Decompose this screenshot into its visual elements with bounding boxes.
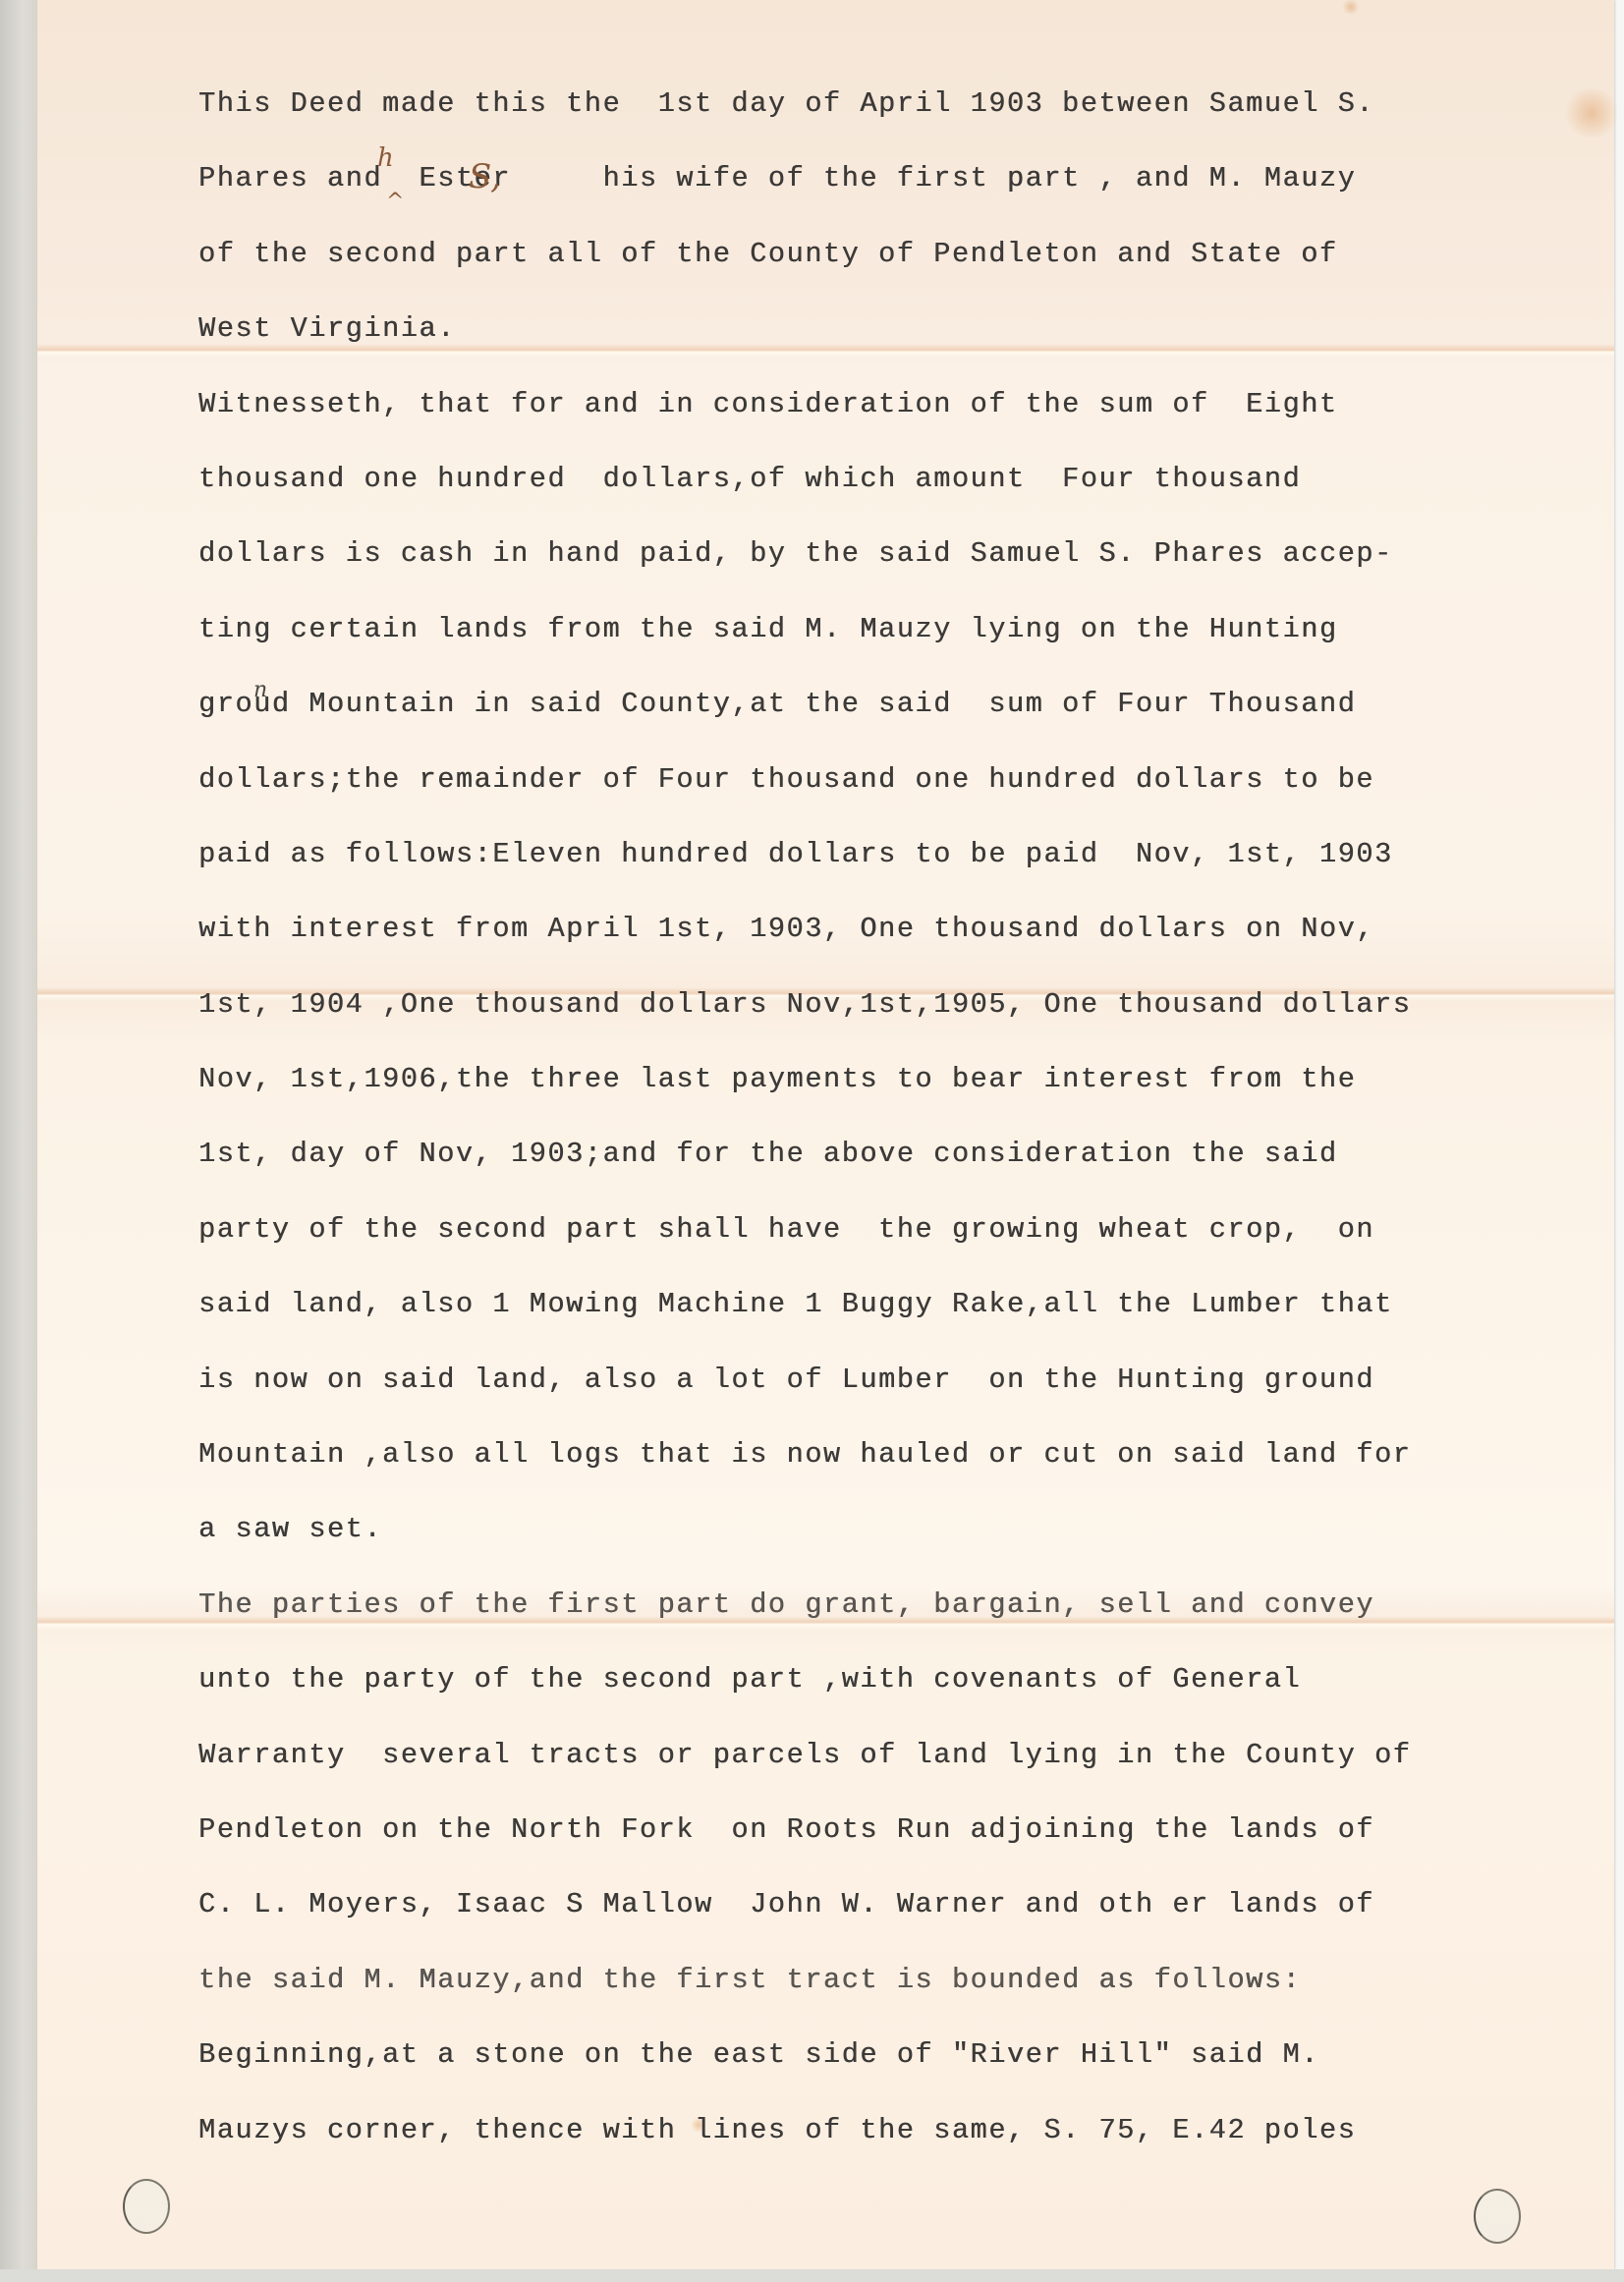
deed-line: dollars is cash in hand paid, by the sai…	[198, 534, 1574, 609]
deed-line: of the second part all of the County of …	[198, 235, 1574, 309]
deed-line: Beginning,at a stone on the east side of…	[198, 2035, 1574, 2110]
deed-line: 1st, 1904 ,One thousand dollars Nov,1st,…	[198, 985, 1574, 1060]
deed-line: the said M. Mauzy,and the first tract is…	[198, 1961, 1574, 2035]
punch-hole-right	[1474, 2189, 1521, 2244]
deed-line: Pendleton on the North Fork on Roots Run…	[198, 1810, 1574, 1885]
deed-line: C. L. Moyers, Isaac S Mallow John W. War…	[198, 1885, 1574, 1960]
deed-line: Nov, 1st,1906,the three last payments to…	[198, 1060, 1574, 1135]
deed-line: a saw set.	[198, 1510, 1574, 1585]
deed-text: This Deed made this the 1st day of April…	[198, 84, 1574, 2186]
deed-line: West Virginia.	[198, 309, 1574, 384]
deed-line: The parties of the first part do grant, …	[198, 1586, 1574, 1660]
deed-line: Mountain ,also all logs that is now haul…	[198, 1435, 1574, 1510]
deed-line: ting certain lands from the said M. Mauz…	[198, 610, 1574, 685]
scanner-background-right	[1614, 0, 1624, 2282]
handwritten-n-insert: n	[253, 678, 267, 702]
deed-line: Witnesseth, that for and in consideratio…	[198, 385, 1574, 460]
deed-line: Warranty several tracts or parcels of la…	[198, 1736, 1574, 1810]
deed-line: dollars;the remainder of Four thousand o…	[198, 760, 1574, 835]
deed-line: groud Mountain in said County,at the sai…	[198, 685, 1574, 759]
deed-line: paid as follows:Eleven hundred dollars t…	[198, 835, 1574, 910]
deed-line: This Deed made this the 1st day of April…	[198, 84, 1574, 159]
scanner-background-bottom	[0, 2269, 1624, 2282]
scanner-background-left	[0, 0, 37, 2282]
deed-line: unto the party of the second part ,with …	[198, 1660, 1574, 1735]
deed-line: thousand one hundred dollars,of which am…	[198, 460, 1574, 534]
handwritten-initial-s: S,	[469, 157, 501, 196]
handwritten-caret: ^	[386, 190, 404, 214]
punch-hole-left	[123, 2179, 170, 2234]
deed-line: Mauzys corner, thence with lines of the …	[198, 2111, 1574, 2186]
deed-line: with interest from April 1st, 1903, One …	[198, 910, 1574, 984]
deed-line: said land, also 1 Mowing Machine 1 Buggy…	[198, 1285, 1574, 1360]
handwritten-h-insert: h	[377, 143, 394, 173]
deed-line: 1st, day of Nov, 1903;and for the above …	[198, 1135, 1574, 1209]
deed-line: is now on said land, also a lot of Lumbe…	[198, 1361, 1574, 1435]
deed-line: party of the second part shall have the …	[198, 1210, 1574, 1285]
deed-line: Phares and Ester his wife of the first p…	[198, 159, 1574, 234]
paper-stain	[1341, 0, 1361, 14]
